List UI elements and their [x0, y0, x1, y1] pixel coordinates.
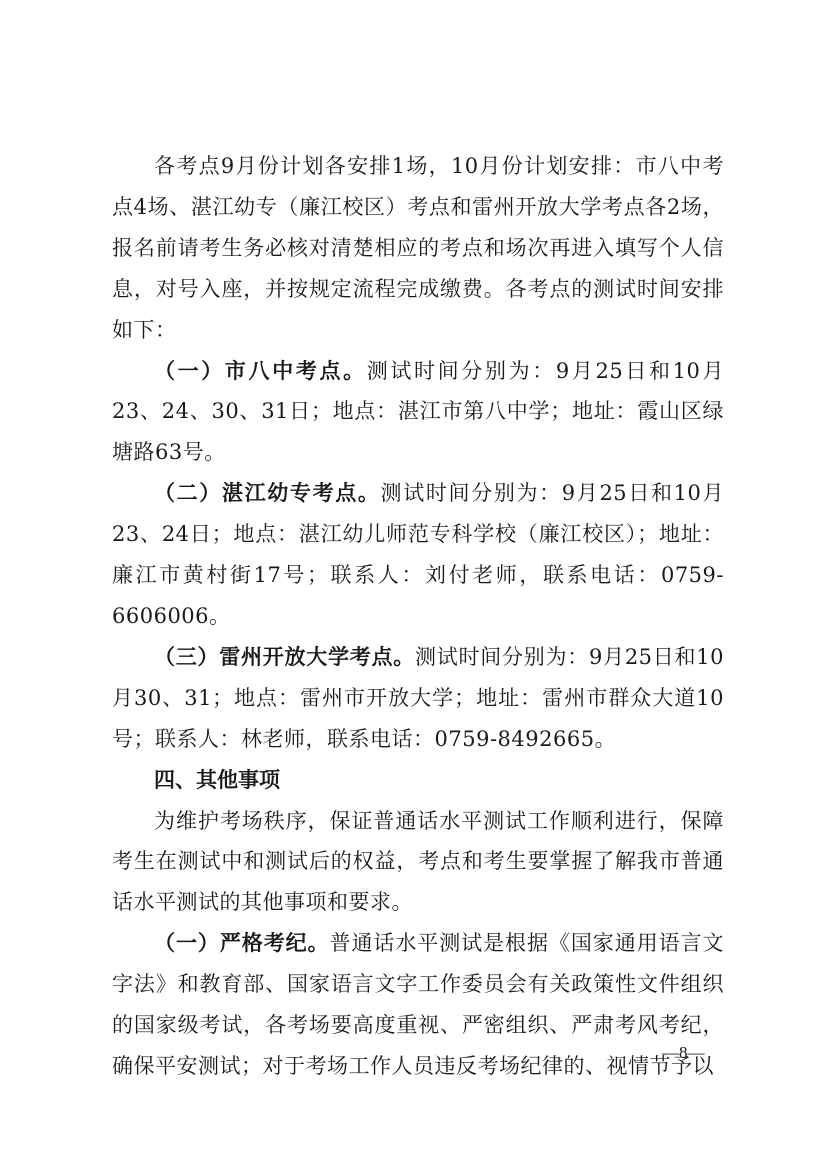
- paragraph-site-1: （一）市八中考点。测试时间分别为：9月25日和10月23、24、30、31日；地…: [112, 351, 724, 474]
- paragraph-other-matters-intro: 为维护考场秩序，保证普通话水平测试工作顺利进行，保障考生在测试中和测试后的权益，…: [112, 801, 724, 924]
- paragraph-lead: （一）市八中考点。: [154, 359, 367, 383]
- paragraph-text: 为维护考场秩序，保证普通话水平测试工作顺利进行，保障考生在测试中和测试后的权益，…: [112, 809, 724, 915]
- paragraph-lead: （二）湛江幼专考点。: [154, 481, 381, 505]
- paragraph-lead: （三）雷州开放大学考点。: [154, 645, 415, 669]
- paragraph-site-3: （三）雷州开放大学考点。测试时间分别为：9月25日和10月30、31；地点：雷州…: [112, 637, 724, 760]
- section-heading: 四、其他事项: [112, 760, 724, 801]
- document-page: 各考点9月份计划各安排1场，10月份计划安排：市八中考点4场、湛江幼专（廉江校区…: [112, 146, 724, 1087]
- paragraph-schedule-intro: 各考点9月份计划各安排1场，10月份计划安排：市八中考点4场、湛江幼专（廉江校区…: [112, 146, 724, 351]
- paragraph-strict-discipline: （一）严格考纪。普通话水平测试是根据《国家通用语言文字法》和教育部、国家语言文字…: [112, 923, 724, 1087]
- paragraph-lead: （一）严格考纪。: [154, 931, 330, 955]
- paragraph-site-2: （二）湛江幼专考点。测试时间分别为：9月25日和10月23、24日；地点：湛江幼…: [112, 473, 724, 637]
- page-number: —8—: [662, 1043, 705, 1063]
- paragraph-text: 各考点9月份计划各安排1场，10月份计划安排：市八中考点4场、湛江幼专（廉江校区…: [112, 154, 724, 342]
